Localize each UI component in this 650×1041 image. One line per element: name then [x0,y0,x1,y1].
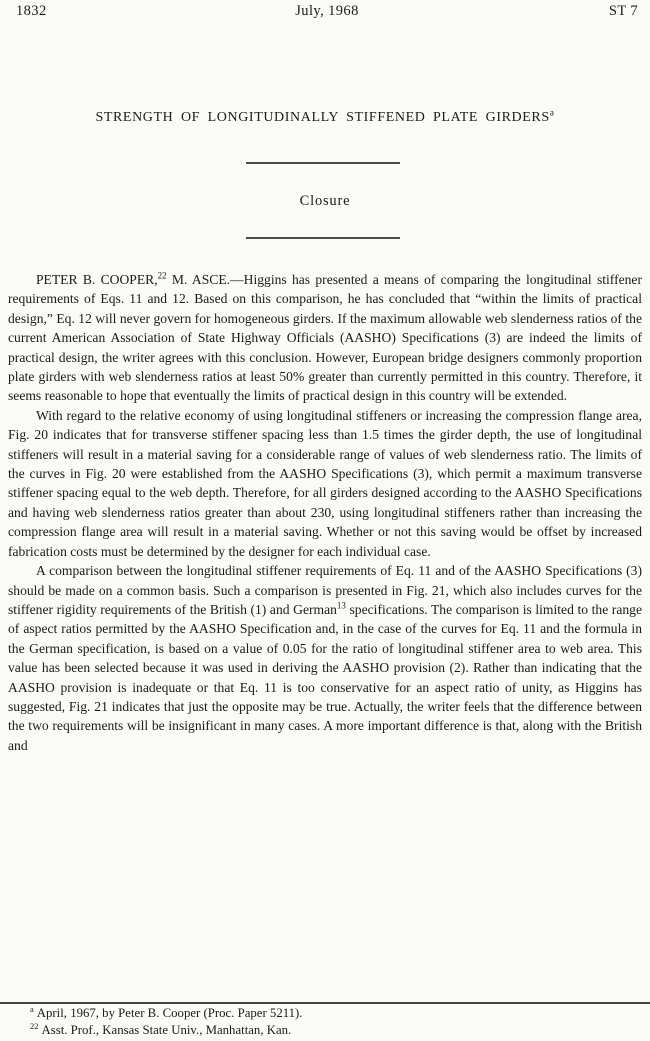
page-header: 1832 July, 1968 ST 7 [16,3,638,20]
footnotes: aApril, 1967, by Peter B. Cooper (Proc. … [8,1005,642,1039]
section-code: ST 7 [609,3,638,20]
section-heading: Closure [0,193,650,210]
footnote-22-marker: 22 [30,1021,39,1031]
paragraph-3: A comparison between the longitudinal st… [8,561,642,755]
footnote-22-text: Asst. Prof., Kansas State Univ., Manhatt… [42,1023,292,1037]
footnote-22: 22Asst. Prof., Kansas State Univ., Manha… [8,1022,642,1039]
footnote-ref-22: 22 [158,270,167,280]
footnote-a-text: April, 1967, by Peter B. Cooper (Proc. P… [37,1006,303,1020]
divider-rule-top [246,162,400,164]
divider-rule-bottom [246,237,400,239]
paragraph-2: With regard to the relative economy of u… [8,406,642,561]
article-title: STRENGTH OF LONGITUDINALLY STIFFENED PLA… [0,110,650,126]
title-footnote-marker: a [550,108,555,118]
paragraph-1: PETER B. COOPER,22 M. ASCE.—Higgins has … [8,270,642,406]
issue-date: July, 1968 [16,3,638,20]
journal-page: 1832 July, 1968 ST 7 STRENGTH OF LONGITU… [0,0,650,1041]
footnote-ref-13: 13 [337,600,346,610]
footnote-separator [0,1002,650,1004]
article-title-text: STRENGTH OF LONGITUDINALLY STIFFENED PLA… [95,110,549,125]
paragraph-3-rest: specifications. The comparison is limite… [8,602,642,753]
page-number: 1832 [16,3,47,20]
footnote-a-marker: a [30,1004,34,1014]
article-body: PETER B. COOPER,22 M. ASCE.—Higgins has … [8,270,642,755]
paragraph-1-lead: PETER B. COOPER, [36,272,158,287]
footnote-a: aApril, 1967, by Peter B. Cooper (Proc. … [8,1005,642,1022]
paragraph-1-rest: M. ASCE.—Higgins has presented a means o… [8,272,642,403]
